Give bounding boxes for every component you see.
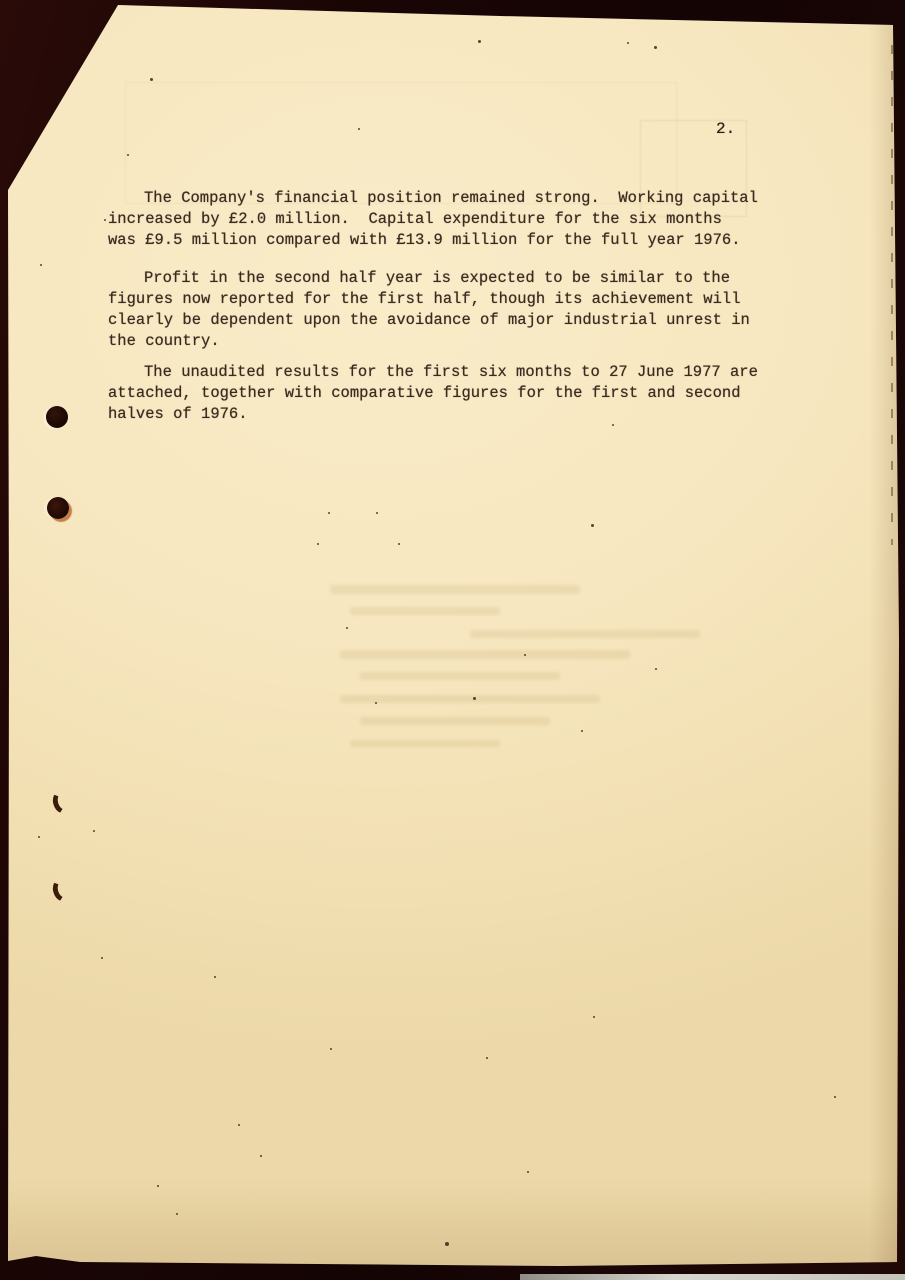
text-line: the country. (108, 332, 220, 350)
document-page: 2. The Company's financial position rema… (0, 0, 905, 1280)
text-line: was £9.5 million compared with £13.9 mil… (108, 231, 741, 249)
text-line: figures now reported for the first half,… (108, 290, 741, 308)
punch-hole (46, 406, 68, 428)
punch-hole-crescent-mark (50, 786, 79, 817)
text-line: The unaudited results for the first six … (108, 363, 758, 381)
letter-body: The Company's financial position remaine… (108, 188, 788, 425)
text-line: clearly be dependent upon the avoidance … (108, 311, 750, 329)
punch-hole-crescent-mark (50, 874, 79, 905)
text-line: The Company's financial position remaine… (108, 189, 758, 207)
paragraph-unaudited-results: The unaudited results for the first six … (108, 362, 788, 425)
text-line: increased by £2.0 million. Capital expen… (108, 210, 722, 228)
text-line: attached, together with comparative figu… (108, 384, 741, 402)
paragraph-profit-outlook: Profit in the second half year is expect… (108, 268, 788, 352)
scanner-bed-sliver (520, 1274, 905, 1280)
ghost-table-showthrough (125, 82, 677, 204)
edge-showthrough-marks (891, 45, 893, 545)
cut-corner-shadow (0, 0, 130, 200)
text-line: Profit in the second half year is expect… (108, 269, 730, 287)
text-line: halves of 1976. (108, 405, 248, 423)
punch-hole (47, 497, 69, 519)
scanned-document: 2. The Company's financial position rema… (0, 0, 905, 1280)
paragraph-financial-position: The Company's financial position remaine… (108, 188, 788, 251)
page-number: 2. (716, 120, 735, 138)
